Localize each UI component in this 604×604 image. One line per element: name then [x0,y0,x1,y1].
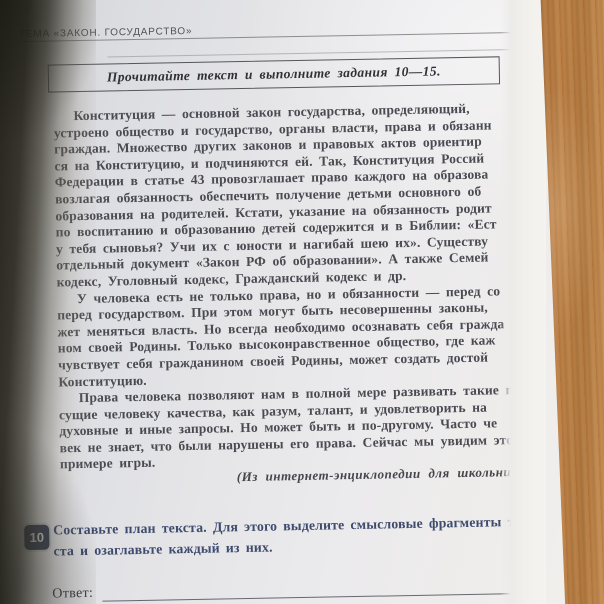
body-text: Конституция — основной закон государства… [53,100,518,473]
answer-label: Ответ: [52,586,93,603]
task-number-badge: 10 [22,523,52,553]
instruction-text: Прочитайте текст и выполните задания 10—… [107,63,441,85]
answer-blank-line [102,593,518,602]
photo-of-textbook-page: ТЕМА «ЗАКОН. ГОСУДАРСТВО» Прочитайте тек… [0,0,604,604]
page-stack-edge [500,0,546,604]
task-number: 10 [29,530,44,545]
instruction-box: Прочитайте текст и выполните задания 10—… [48,56,500,92]
task-text: Составьте план текста. Для этого выделит… [53,511,524,562]
